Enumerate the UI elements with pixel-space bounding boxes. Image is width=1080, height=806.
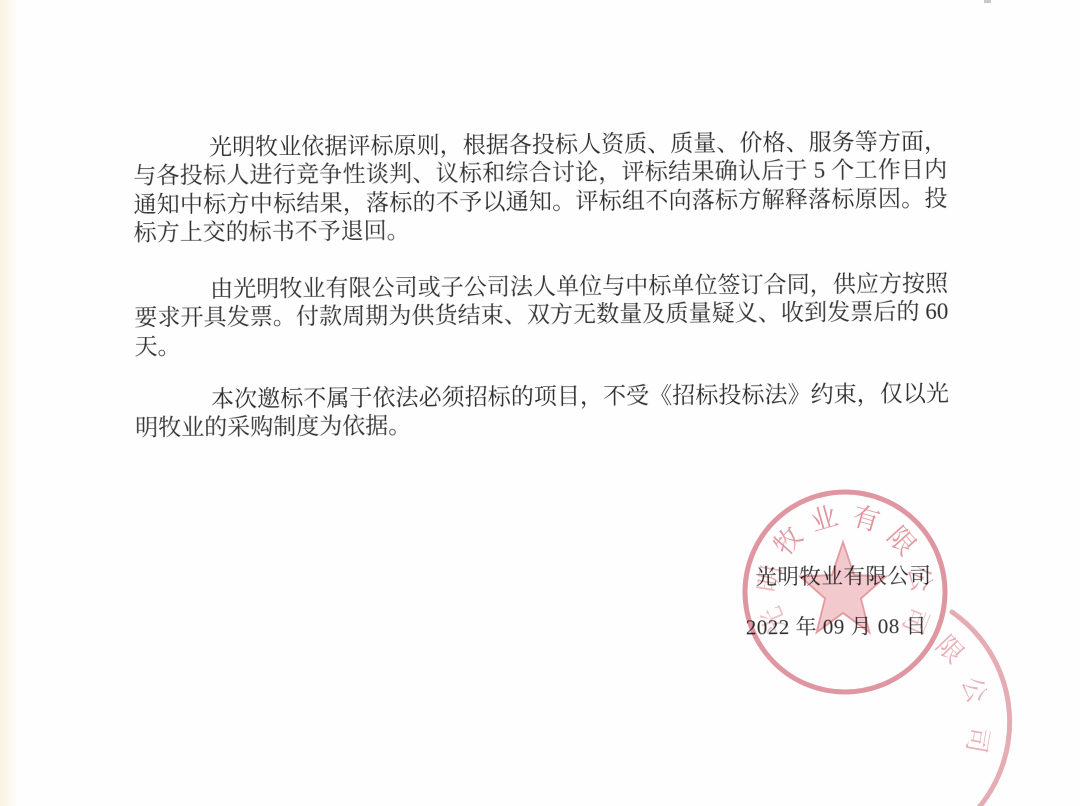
document-text-layer: 光明牧业依据评标原则，根据各投标人资质、质量、价格、服务等方面，与各投标人进行竞… [0, 0, 1080, 806]
paragraph-legal-basis: 本次邀标不属于依法必须招标的项目，不受《招标投标法》约束，仅以光明牧业的采购制度… [135, 380, 949, 443]
signature-company-name: 光明牧业有限公司 [755, 559, 931, 591]
paragraph-evaluation-process: 光明牧业依据评标原则，根据各投标人资质、质量、价格、服务等方面，与各投标人进行竞… [133, 128, 948, 248]
paragraph-contract-payment: 由光明牧业有限公司或子公司法人单位与中标单位签订合同，供应方按照要求开具发票。付… [134, 270, 949, 362]
scanned-document-page: 光明牧业依据评标原则，根据各投标人资质、质量、价格、服务等方面，与各投标人进行竞… [0, 0, 1080, 806]
signature-date: 2022 年 09 月 08 日 [746, 610, 927, 641]
